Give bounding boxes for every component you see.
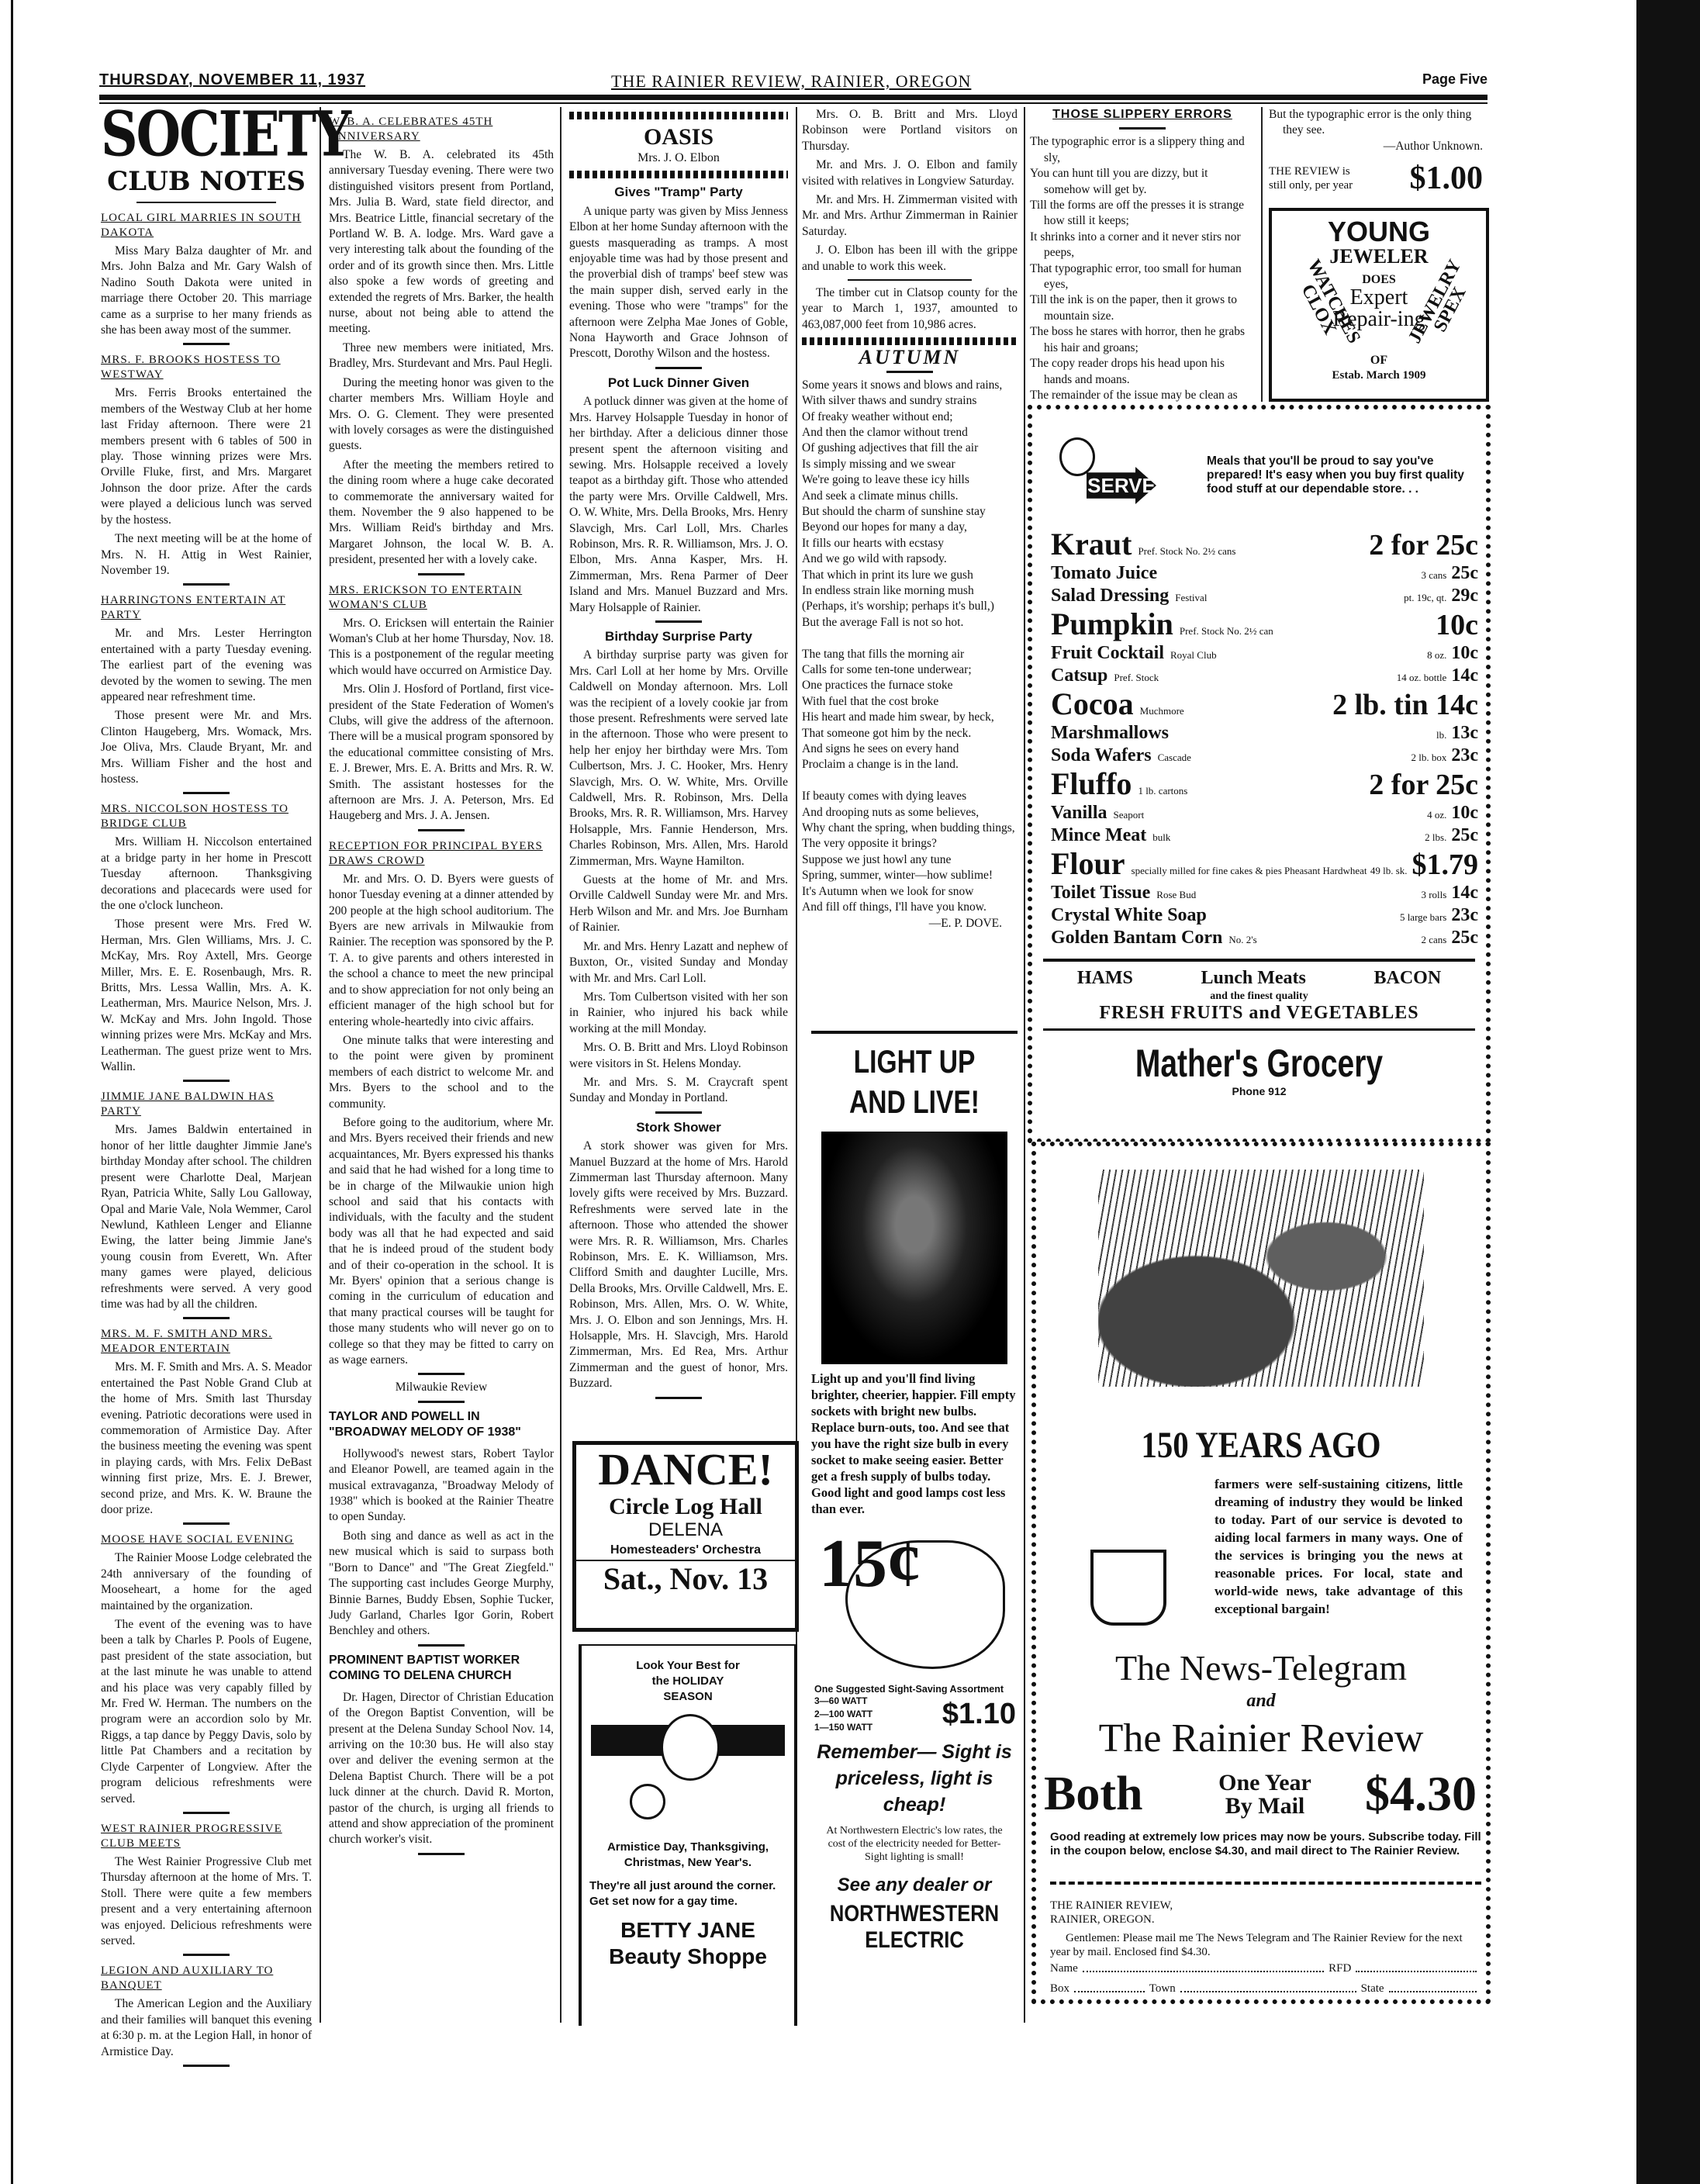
dance-place: DELENA bbox=[576, 1519, 795, 1541]
item-name: Salad Dressing bbox=[1051, 585, 1169, 607]
poem-line: (Perhaps, it's worship; perhaps it's bul… bbox=[802, 599, 1018, 614]
poem-line bbox=[802, 631, 1018, 646]
poem-line: Suppose we just howl any tune bbox=[802, 852, 1018, 868]
divider bbox=[418, 1853, 465, 1855]
item-price: 10c bbox=[1436, 608, 1478, 642]
watt-item: 3—60 WATT bbox=[814, 1695, 942, 1708]
farmer-illustration bbox=[1098, 1170, 1424, 1387]
story-paragraph: Those present were Mr. and Mrs. Clinton … bbox=[101, 708, 312, 787]
item-name: Golden Bantam Corn bbox=[1051, 927, 1222, 949]
poem-line: That which in print its lure we gush bbox=[802, 568, 1018, 583]
story-paragraph: Miss Mary Balza daughter of Mr. and Mrs.… bbox=[101, 244, 312, 338]
item-qty: 8 oz. bbox=[1427, 649, 1451, 662]
story-paragraph: Mrs. O. B. Britt and Mrs. Lloyd Robinson… bbox=[569, 1040, 788, 1072]
offer-description: Good reading at extremely low prices may… bbox=[1050, 1830, 1481, 1858]
item-desc: Pref. Stock bbox=[1107, 672, 1396, 684]
story-paragraph: The next meeting will be at the home of … bbox=[101, 531, 312, 579]
column-two: W. B. A. CELEBRATES 45th ANNIVERSARYThe … bbox=[329, 107, 554, 1860]
poem-line: Some years it snows and blows and rains, bbox=[802, 378, 1018, 393]
beauty-text: They're all just around the corner. Get … bbox=[582, 1871, 794, 1909]
rates-note: At Northwestern Electric's low rates, th… bbox=[807, 1818, 1022, 1870]
grocery-item: VanillaSeaport4 oz.10c bbox=[1032, 802, 1486, 824]
divider bbox=[418, 1373, 465, 1375]
story-headline: JIMMIE JANE BALDWIN HAS PARTY bbox=[101, 1090, 312, 1119]
issue-date: THURSDAY, NOVEMBER 11, 1937 bbox=[99, 71, 365, 89]
poem-line: And seek a climate minus chills. bbox=[802, 489, 1018, 504]
grocery-item: Crystal White Soap5 large bars23c bbox=[1032, 904, 1486, 927]
coupon-address: THE RAINIER REVIEW,RAINIER, OREGON. bbox=[1050, 1899, 1173, 1927]
item-desc: specially milled for fine cakes & pies P… bbox=[1125, 865, 1370, 877]
item-desc: 1 lb. cartons bbox=[1132, 785, 1364, 797]
assortment-title: One Suggested Sight-Saving Assortment bbox=[807, 1684, 1022, 1695]
beauty-shoppe-ad: Look Your Best for the HOLIDAY SEASON Ar… bbox=[579, 1644, 797, 2026]
poem-line: Proclaim a change is in the land. bbox=[802, 757, 1018, 772]
local-item: Mr. and Mrs. J. O. Elbon and family visi… bbox=[802, 157, 1018, 189]
item-price: 2 lb. tin 14c bbox=[1332, 688, 1478, 722]
paper-name: THE RAINIER REVIEW, RAINIER, OREGON bbox=[611, 71, 971, 92]
item-qty: 2 lbs. bbox=[1425, 831, 1451, 844]
town-field[interactable] bbox=[1180, 1982, 1356, 1992]
item-qty: 14 oz. bottle bbox=[1397, 672, 1452, 684]
story-headline: MRS. NICCOLSON HOSTESS TO BRIDGE CLUB bbox=[101, 802, 312, 831]
term-label: One Year By Mail bbox=[1207, 1771, 1323, 1818]
item-price: $1.79 bbox=[1412, 848, 1479, 882]
story-source: Milwaukie Review bbox=[329, 1380, 554, 1395]
ad-headline: 150 YEARS AGO bbox=[1070, 1424, 1453, 1467]
story-headline: Stork Shower bbox=[569, 1120, 788, 1135]
story-paragraph: The West Rainier Progressive Club met Th… bbox=[101, 1854, 312, 1949]
grocery-item: CocoaMuchmore2 lb. tin 14c bbox=[1032, 687, 1486, 722]
watt-item: 2—100 WATT bbox=[814, 1708, 942, 1721]
lamp-photo bbox=[821, 1132, 1007, 1364]
poem-line: The boss he stares with horror, then he … bbox=[1030, 324, 1255, 356]
ad-body: farmers were self-sustaining citizens, l… bbox=[1215, 1475, 1463, 1618]
dance-date: Sat., Nov. 13 bbox=[576, 1560, 795, 1597]
poem-line: In endless strain like morning mush bbox=[802, 583, 1018, 599]
grocery-item: Marshmallowslb.13c bbox=[1032, 722, 1486, 745]
divider bbox=[183, 792, 230, 794]
meats-section: HAMSLunch MeatsBACON and the finest qual… bbox=[1043, 959, 1475, 1031]
price-label: THE REVIEW is bbox=[1269, 164, 1353, 178]
poem-line: But the typographic error is the only th… bbox=[1269, 107, 1483, 139]
young-jeweler-ad: YOUNG JEWELER DOES Expert Repair-ing OF … bbox=[1269, 208, 1489, 402]
story-headline: HARRINGTONS ENTERTAIN AT PARTY bbox=[101, 593, 312, 623]
item-desc: Pref. Stock No. 2½ can bbox=[1173, 625, 1431, 638]
price-label-2: still only, per year bbox=[1269, 178, 1353, 192]
item-desc: Seaport bbox=[1107, 809, 1427, 821]
serve-arrow: SERVE bbox=[1087, 467, 1156, 504]
item-name: Crystal White Soap bbox=[1051, 904, 1207, 927]
dance-ad: DANCE! Circle Log Hall DELENA Homesteade… bbox=[572, 1441, 799, 1632]
item-qty: 4 oz. bbox=[1427, 809, 1451, 821]
slippery-errors-poem: THOSE SLIPPERY ERRORS The typographic er… bbox=[1030, 107, 1255, 420]
assortment-price: $1.10 bbox=[942, 1698, 1022, 1731]
poem-line: Till the forms are off the presses it is… bbox=[1030, 198, 1255, 230]
grocery-intro: Meals that you'll be proud to say you've… bbox=[1168, 437, 1472, 523]
local-items: Mrs. O. B. Britt and Mrs. Lloyd Robinson… bbox=[802, 107, 1018, 275]
grocery-item: Fruit CocktailRoyal Club8 oz.10c bbox=[1032, 642, 1486, 665]
item-price: 14c bbox=[1451, 665, 1478, 687]
story-paragraph: A stork shower was given for Mrs. Manuel… bbox=[569, 1139, 788, 1392]
story-paragraph: Mrs. Tom Culbertson visited with her son… bbox=[569, 990, 788, 1037]
story-headline: RECEPTION FOR PRINCIPAL BYERS DRAWS CROW… bbox=[329, 839, 554, 869]
poem-title: AUTUMN bbox=[802, 350, 1018, 365]
story-headline: W. B. A. CELEBRATES 45th ANNIVERSARY bbox=[329, 115, 554, 144]
local-item: Mr. and Mrs. H. Zimmerman visited with M… bbox=[802, 192, 1018, 240]
poem-lines-end: But the typographic error is the only th… bbox=[1269, 107, 1483, 139]
story-paragraph: During the meeting honor was given to th… bbox=[329, 375, 554, 454]
ad-headline: LIGHT UP AND LIVE! bbox=[828, 1042, 1000, 1122]
item-name: Pumpkin bbox=[1051, 607, 1173, 641]
item-qty: 2 cans bbox=[1421, 934, 1451, 946]
timber-note: The timber cut in Clatsop county for the… bbox=[802, 285, 1018, 333]
scan-edge-right bbox=[1605, 0, 1700, 2184]
page-number: Page Five bbox=[1422, 71, 1487, 88]
item-name: Soda Wafers bbox=[1051, 745, 1152, 767]
grocery-item: Soda WafersCascade2 lb. box23c bbox=[1032, 745, 1486, 767]
story-paragraph: The American Legion and the Auxiliary an… bbox=[101, 1996, 312, 2060]
story-paragraph: Mrs. William H. Niccolson entertained at… bbox=[101, 835, 312, 914]
rfd-field[interactable] bbox=[1356, 1962, 1477, 1972]
item-name: Catsup bbox=[1051, 665, 1107, 687]
combo-price: $4.30 bbox=[1365, 1765, 1477, 1823]
poem-line: It's Autumn when we look for snow bbox=[802, 884, 1018, 900]
grocery-price-list: KrautPref. Stock No. 2½ cans2 for 25cTom… bbox=[1032, 527, 1486, 949]
fresh-produce: FRESH FRUITS and VEGETABLES bbox=[1043, 1003, 1475, 1024]
divider bbox=[418, 1644, 465, 1647]
column-divider bbox=[560, 107, 561, 2023]
story-paragraph: Dr. Hagen, Director of Christian Educati… bbox=[329, 1690, 554, 1848]
beauty-top: Look Your Best for the HOLIDAY SEASON bbox=[582, 1658, 794, 1705]
store-name: Mather's Grocery bbox=[1082, 1042, 1436, 1085]
name-field[interactable] bbox=[1083, 1962, 1324, 1972]
both-label: Both bbox=[1044, 1767, 1142, 1822]
ad-body: Light up and you'll find living brighter… bbox=[807, 1364, 1022, 1517]
item-desc: Muchmore bbox=[1134, 705, 1328, 717]
name-field-label: Name bbox=[1050, 1962, 1078, 1975]
quill-inkwell-icon bbox=[1090, 1550, 1166, 1626]
society-stories: LOCAL GIRL MARRIES IN SOUTH DAKOTAMiss M… bbox=[101, 211, 312, 2067]
meat-item: Lunch Meats bbox=[1201, 968, 1305, 989]
divider bbox=[183, 1522, 230, 1525]
poem-line: That someone got him by the neck. bbox=[802, 726, 1018, 741]
local-item: Mrs. O. B. Britt and Mrs. Lloyd Robinson… bbox=[802, 107, 1018, 154]
poem-line: But the average Fall is not so hot. bbox=[802, 615, 1018, 631]
news-telegram-ad: 150 YEARS AGO farmers were self-sustaini… bbox=[1031, 1142, 1491, 2004]
item-desc: Cascade bbox=[1152, 752, 1411, 764]
meat-item: HAMS bbox=[1077, 968, 1133, 989]
item-price: 13c bbox=[1451, 722, 1478, 745]
poem-line: It shrinks into a corner and it never st… bbox=[1030, 230, 1255, 261]
item-price: 14c bbox=[1451, 882, 1478, 904]
divider bbox=[655, 1111, 702, 1114]
page-edge-left bbox=[0, 0, 13, 2184]
waitress-illustration: SERVE bbox=[1056, 437, 1168, 523]
item-name: Tomato Juice bbox=[1051, 562, 1157, 585]
item-qty: 2 lb. box bbox=[1411, 752, 1451, 764]
story-paragraph: Mr. and Mrs. Lester Herrington entertain… bbox=[101, 626, 312, 705]
story-headline: LOCAL GIRL MARRIES IN SOUTH DAKOTA bbox=[101, 211, 312, 240]
column-oasis: OASIS Mrs. J. O. Elbon Gives "Tramp" Par… bbox=[569, 107, 788, 1404]
poem-line: With fuel that the cost broke bbox=[802, 694, 1018, 710]
item-price: 2 for 25c bbox=[1369, 528, 1478, 562]
story-paragraph: Three new members were initiated, Mrs. B… bbox=[329, 340, 554, 372]
rfd-field-label: RFD bbox=[1329, 1962, 1351, 1975]
poem-line: Of gushing adjectives that fill the air bbox=[802, 441, 1018, 456]
dance-band: Homesteaders' Orchestra bbox=[576, 1541, 795, 1560]
story-paragraph: Mrs. Ferris Brooks entertained the membe… bbox=[101, 385, 312, 528]
divider bbox=[418, 1401, 465, 1403]
story-headline: WEST RAINIER PROGRESSIVE CLUB MEETS bbox=[101, 1822, 312, 1851]
column-divider bbox=[1024, 107, 1025, 2023]
poem-line: It fills our hearts with ecstasy bbox=[802, 536, 1018, 551]
story-headline: Birthday Surprise Party bbox=[569, 629, 788, 644]
story-paragraph: Hollywood's newest stars, Robert Taylor … bbox=[329, 1446, 554, 1526]
watt-list: 3—60 WATT2—100 WATT1—150 WATT bbox=[814, 1695, 942, 1734]
local-item: J. O. Elbon has been ill with the grippe… bbox=[802, 243, 1018, 275]
assortment: 3—60 WATT2—100 WATT1—150 WATT $1.10 bbox=[807, 1695, 1022, 1734]
company-name: NORTHWESTERN ELECTRIC bbox=[823, 1901, 1006, 1954]
bulb-price: 15¢ bbox=[819, 1525, 921, 1603]
bulb-illustration: 15¢ bbox=[807, 1517, 1022, 1684]
woman-with-mirror-illustration bbox=[630, 1714, 746, 1830]
column-two-stories: W. B. A. CELEBRATES 45th ANNIVERSARYThe … bbox=[329, 115, 554, 1855]
autumn-poem: Some years it snows and blows and rains,… bbox=[802, 378, 1018, 916]
item-price: 2 for 25c bbox=[1369, 768, 1478, 802]
divider bbox=[183, 1080, 230, 1082]
poem-line: One practices the furnace stoke bbox=[802, 678, 1018, 693]
item-qty: 3 rolls bbox=[1421, 889, 1451, 901]
story-paragraph: The event of the evening was to have bee… bbox=[101, 1617, 312, 1807]
poem-line: Till the ink is on the paper, then it gr… bbox=[1030, 292, 1255, 324]
meats-list: HAMSLunch MeatsBACON bbox=[1043, 968, 1475, 989]
poem-line: The copy reader drops his head upon his … bbox=[1030, 356, 1255, 388]
poem-lines: The typographic error is a slippery thin… bbox=[1030, 134, 1255, 419]
store-phone: Phone 912 bbox=[1032, 1085, 1486, 1097]
item-price: 29c bbox=[1451, 585, 1478, 607]
poem-line: But should the charm of sunshine stay bbox=[802, 504, 1018, 520]
story-paragraph: Those present were Mrs. Fred W. Herman, … bbox=[101, 917, 312, 1075]
grocery-item: Fluffo1 lb. cartons2 for 25c bbox=[1032, 767, 1486, 802]
story-headline: TAYLOR AND POWELL IN "BROADWAY MELODY OF… bbox=[329, 1409, 554, 1440]
northwestern-electric-ad: LIGHT UP AND LIVE! Light up and you'll f… bbox=[807, 1028, 1022, 2028]
item-price: 25c bbox=[1451, 562, 1478, 585]
item-price: 23c bbox=[1451, 904, 1478, 927]
poem-line: The typographic error is a slippery thin… bbox=[1030, 134, 1255, 166]
newspaper-page: THURSDAY, NOVEMBER 11, 1937 THE RAINIER … bbox=[0, 0, 1700, 2184]
item-qty: 49 lb. sk. bbox=[1370, 865, 1412, 877]
grocery-item: Salad DressingFestivalpt. 19c, qt.29c bbox=[1032, 585, 1486, 607]
poem-line: Of freaky weather without end; bbox=[802, 409, 1018, 425]
story-headline: LEGION AND AUXILIARY TO BANQUET bbox=[101, 1964, 312, 1993]
society-header: SOCIETY CLUB NOTES bbox=[101, 107, 312, 197]
masthead: THURSDAY, NOVEMBER 11, 1937 THE RAINIER … bbox=[99, 71, 1487, 95]
meat-item: BACON bbox=[1373, 968, 1441, 989]
column-divider bbox=[1261, 107, 1263, 402]
slippery-errors-end: But the typographic error is the only th… bbox=[1269, 107, 1483, 154]
see-dealer: See any dealer or bbox=[807, 1875, 1022, 1896]
story-headline: PROMINENT BAPTIST WORKER COMING TO DELEN… bbox=[329, 1653, 554, 1684]
poem-line: Spring, summer, winter—how sublime! bbox=[802, 868, 1018, 883]
item-qty: lb. bbox=[1436, 729, 1451, 741]
item-price: 10c bbox=[1451, 642, 1478, 665]
subscription-price: $1.00 bbox=[1410, 160, 1484, 197]
grocery-item: KrautPref. Stock No. 2½ cans2 for 25c bbox=[1032, 527, 1486, 562]
grocery-item: Tomato Juice3 cans25c bbox=[1032, 562, 1486, 585]
poem-line: The very opposite it brings? bbox=[802, 836, 1018, 852]
item-name: Fluffo bbox=[1051, 767, 1132, 801]
story-paragraph: Mrs. O. Ericksen will entertain the Rain… bbox=[329, 616, 554, 679]
item-name: Flour bbox=[1051, 847, 1125, 881]
poem-line: Is simply missing and we swear bbox=[802, 457, 1018, 472]
story-paragraph: Mrs. Olin J. Hosford of Portland, first … bbox=[329, 682, 554, 824]
poem-author: —Author Unknown. bbox=[1269, 139, 1483, 154]
item-desc: Rose Bud bbox=[1150, 889, 1421, 901]
story-paragraph: Mr. and Mrs. O. D. Byers were guests of … bbox=[329, 872, 554, 1030]
poem-line: Beyond our hopes for many a day, bbox=[802, 520, 1018, 535]
item-name: Vanilla bbox=[1051, 802, 1107, 824]
poem-line: Why chant the spring, when budding thing… bbox=[802, 821, 1018, 836]
item-desc: bulk bbox=[1146, 831, 1425, 844]
item-desc: Royal Club bbox=[1164, 649, 1427, 662]
item-name: Toilet Tissue bbox=[1051, 882, 1150, 904]
poem-line: And signs he sees on every hand bbox=[802, 741, 1018, 757]
item-qty: 5 large bars bbox=[1400, 911, 1451, 924]
divider bbox=[183, 583, 230, 586]
story-paragraph: Mr. and Mrs. S. M. Craycraft spent Sunda… bbox=[569, 1075, 788, 1107]
poem-line: And drooping nuts as some believes, bbox=[802, 805, 1018, 821]
grocery-item: Golden Bantam CornNo. 2's2 cans25c bbox=[1032, 927, 1486, 949]
poem-line bbox=[802, 773, 1018, 789]
item-name: Kraut bbox=[1051, 527, 1132, 562]
oasis-byline: Mrs. J. O. Elbon bbox=[569, 150, 788, 166]
shoppe-name: BETTY JANE Beauty Shoppe bbox=[582, 1917, 794, 1970]
story-paragraph: One minute talks that were interesting a… bbox=[329, 1033, 554, 1112]
state-field[interactable] bbox=[1389, 1982, 1477, 1992]
poem-line: His heart and made him swear, by heck, bbox=[802, 710, 1018, 725]
poem-line: If beauty comes with dying leaves bbox=[802, 789, 1018, 804]
poem-line: That typographic error, too small for hu… bbox=[1030, 261, 1255, 293]
story-headline: MOOSE HAVE SOCIAL EVENING bbox=[101, 1533, 312, 1547]
poem-line: And we go wild with rapsody. bbox=[802, 551, 1018, 567]
item-name: Fruit Cocktail bbox=[1051, 642, 1164, 665]
jeweler-name: YOUNG bbox=[1318, 219, 1439, 245]
story-paragraph: The Rainier Moose Lodge celebrated the 2… bbox=[101, 1550, 312, 1614]
coupon-cut-line bbox=[1050, 1882, 1481, 1885]
divider bbox=[655, 620, 702, 623]
item-name: Mince Meat bbox=[1051, 824, 1146, 847]
town-field-label: Town bbox=[1149, 1982, 1176, 1996]
divider bbox=[183, 2065, 230, 2067]
column-four: Mrs. O. B. Britt and Mrs. Lloyd Robinson… bbox=[802, 107, 1018, 931]
story-paragraph: Mrs. James Baldwin entertained in honor … bbox=[101, 1122, 312, 1312]
club-notes-title: CLUB NOTES bbox=[101, 166, 312, 197]
item-desc: Pref. Stock No. 2½ cans bbox=[1132, 545, 1364, 558]
coupon-fields-row2: Box Town State bbox=[1050, 1982, 1481, 1996]
divider bbox=[655, 367, 702, 369]
story-paragraph: Guests at the home of Mr. and Mrs. Orvil… bbox=[569, 873, 788, 936]
grocery-item: Toilet TissueRose Bud3 rolls14c bbox=[1032, 882, 1486, 904]
coupon-fields-row1: Name RFD bbox=[1050, 1962, 1481, 1975]
mathers-grocery-ad: SERVE Meals that you'll be proud to say … bbox=[1028, 405, 1491, 1143]
review-price-notice: THE REVIEW isstill only, per year $1.00 bbox=[1269, 160, 1483, 200]
poem-line: And fill off things, I'll have you know. bbox=[802, 900, 1018, 915]
holiday-list: Armistice Day, Thanksgiving, Christmas, … bbox=[582, 1840, 794, 1871]
divider bbox=[183, 1812, 230, 1814]
remember-slogan: Remember— Sight is priceless, light is c… bbox=[807, 1739, 1022, 1818]
serve-banner: SERVE Meals that you'll be proud to say … bbox=[1032, 409, 1486, 527]
story-headline: MRS. M. F. SMITH AND MRS. MEADOR ENTERTA… bbox=[101, 1327, 312, 1356]
column-society: SOCIETY CLUB NOTES LOCAL GIRL MARRIES IN… bbox=[101, 107, 312, 2072]
story-paragraph: Mrs. M. F. Smith and Mrs. A. S. Meador e… bbox=[101, 1360, 312, 1518]
poem-title: THOSE SLIPPERY ERRORS bbox=[1030, 107, 1255, 123]
item-name: Cocoa bbox=[1051, 687, 1134, 721]
divider bbox=[418, 829, 465, 831]
item-price: 23c bbox=[1451, 745, 1478, 767]
story-headline: MRS. ERICKSON TO ENTERTAIN WOMAN'S CLUB bbox=[329, 583, 554, 613]
divider bbox=[183, 1954, 230, 1956]
box-field-label: Box bbox=[1050, 1982, 1069, 1996]
story-paragraph: A unique party was given by Miss Jenness… bbox=[569, 204, 788, 362]
state-field-label: State bbox=[1361, 1982, 1384, 1996]
poem-line: You can hunt till you are dizzy, but it … bbox=[1030, 166, 1255, 198]
story-paragraph: A potluck dinner was given at the home o… bbox=[569, 394, 788, 616]
item-qty: 3 cans bbox=[1421, 569, 1451, 582]
oasis-title: OASIS bbox=[569, 124, 788, 150]
grocery-item: PumpkinPref. Stock No. 2½ can10c bbox=[1032, 607, 1486, 642]
society-title: SOCIETY bbox=[101, 102, 312, 167]
waitress-icon bbox=[1059, 437, 1095, 476]
story-headline: Gives "Tramp" Party bbox=[569, 185, 788, 200]
story-paragraph: The W. B. A. celebrated its 45th anniver… bbox=[329, 147, 554, 337]
and-label: and bbox=[1036, 1691, 1486, 1712]
divider bbox=[655, 1397, 702, 1399]
item-desc: Festival bbox=[1169, 592, 1404, 604]
grocery-item: CatsupPref. Stock14 oz. bottle14c bbox=[1032, 665, 1486, 687]
column-divider bbox=[320, 107, 321, 2023]
story-headline: Pot Luck Dinner Given bbox=[569, 375, 788, 391]
paper-one: The News-Telegram bbox=[1036, 1647, 1486, 1688]
poem-author: —E. P. DOVE. bbox=[802, 916, 1018, 931]
oasis-stories: Gives "Tramp" PartyA unique party was gi… bbox=[569, 185, 788, 1398]
poem-line: With silver thaws and sundry strains bbox=[802, 393, 1018, 409]
story-paragraph: Mr. and Mrs. Henry Lazatt and nephew of … bbox=[569, 939, 788, 987]
dance-venue: Circle Log Hall bbox=[576, 1495, 795, 1519]
story-paragraph: Before going to the auditorium, where Mr… bbox=[329, 1115, 554, 1369]
divider bbox=[183, 1317, 230, 1319]
item-price: 10c bbox=[1451, 802, 1478, 824]
established-date: Estab. March 1909 bbox=[1303, 369, 1455, 382]
story-paragraph: Both sing and dance as well as act in th… bbox=[329, 1529, 554, 1640]
poem-line: We're going to leave these icy hills bbox=[802, 472, 1018, 488]
finest-quality: and the finest quality bbox=[1043, 990, 1475, 1003]
item-desc: No. 2's bbox=[1222, 934, 1421, 946]
divider bbox=[418, 573, 465, 575]
poem-line: The tang that fills the morning air bbox=[802, 647, 1018, 662]
box-field[interactable] bbox=[1074, 1982, 1145, 1992]
coupon-text: Gentlemen: Please mail me The News Teleg… bbox=[1050, 1931, 1481, 1959]
divider bbox=[183, 343, 230, 345]
item-name: Marshmallows bbox=[1051, 722, 1169, 745]
grocery-item: Mince Meatbulk2 lbs.25c bbox=[1032, 824, 1486, 847]
story-paragraph: After the meeting the members retired to… bbox=[329, 458, 554, 568]
poem-line: Calls for some ten-tone underwear; bbox=[802, 662, 1018, 678]
poem-line: And then the clamor without trend bbox=[802, 425, 1018, 441]
story-headline: MRS. F. BROOKS HOSTESS TO WESTWAY bbox=[101, 353, 312, 382]
grocery-item: Flourspecially milled for fine cakes & p… bbox=[1032, 847, 1486, 882]
jeweler-label: JEWELER bbox=[1311, 245, 1447, 268]
item-qty: pt. 19c, qt. bbox=[1404, 592, 1451, 604]
